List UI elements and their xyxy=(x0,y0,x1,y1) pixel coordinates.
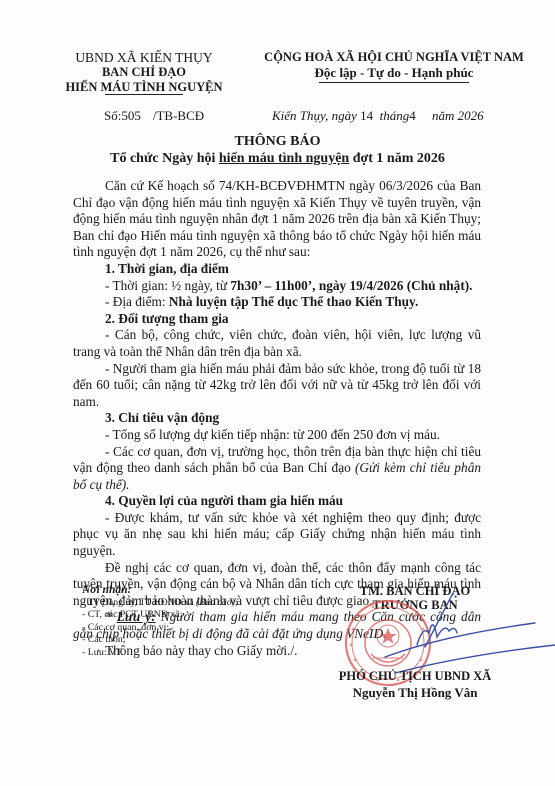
date-day: 14 xyxy=(360,108,373,123)
recipients-heading: Nơi nhận: xyxy=(82,584,238,597)
header-left-divider xyxy=(105,94,183,95)
signer-name: Nguyễn Thị Hồng Vân xyxy=(295,685,535,701)
subtitle-underlined: hiến máu tình nguyện xyxy=(219,151,349,166)
place-value: Nhà luyện tập Thể dục Thể thao Kiến Thụy… xyxy=(169,294,418,309)
doc-code: /TB-BCĐ xyxy=(153,108,204,123)
signer-title: PHÓ CHỦ TỊCH UBND XÃ xyxy=(295,669,535,684)
section-3-heading: 3. Chỉ tiêu vận động xyxy=(73,410,481,427)
section-1-heading: 1. Thời gian, địa điểm xyxy=(73,261,481,278)
section-3-item-2: - Các cơ quan, đơn vị, trường học, thôn … xyxy=(73,444,481,494)
recipients-block: Nơi nhận: - TT Đảng ủy, TT HĐND xã (Báo … xyxy=(82,584,238,659)
nation-name: CỘNG HOÀ XÃ HỘI CHỦ NGHĨA VIỆT NAM xyxy=(244,50,544,65)
recipient-item: - Các cơ quan, đơn vị; xyxy=(82,622,238,634)
doc-number-prefix: Số: xyxy=(104,108,121,123)
section-1-place: - Địa điểm: Nhà luyện tập Thể dục Thể th… xyxy=(73,294,481,311)
recipient-item: - Lưu: VT. xyxy=(82,647,238,659)
date-month-label: tháng xyxy=(380,108,410,123)
intro-paragraph: Căn cứ Kế hoạch số 74/KH-BCĐVĐHMTN ngày … xyxy=(73,178,481,261)
document-subtitle: Tổ chức Ngày hội hiến máu tình nguyện đợ… xyxy=(0,151,555,167)
date-place: Kiến Thụy, ngày xyxy=(272,108,357,123)
subtitle-prefix: Tổ chức Ngày hội xyxy=(110,151,219,166)
committee-name-line2: HIẾN MÁU TÌNH NGUYỆN xyxy=(44,80,244,95)
section-1-time: - Thời gian: ½ ngày, từ 7h30’ – 11h00’, … xyxy=(73,278,481,295)
section-3-item-1: - Tổng số lượng dự kiến tiếp nhận: từ 20… xyxy=(73,427,481,444)
time-value: 7h30’ – 11h00’, ngày 19/4/2026 (Chủ nhật… xyxy=(230,278,472,293)
doc-number-value: 505 xyxy=(121,108,141,123)
recipient-item-end: ; xyxy=(235,597,238,608)
section-2-item-2: - Người tham gia hiến máu phải đảm bảo s… xyxy=(73,361,481,411)
date-year: năm 2026 xyxy=(432,108,484,123)
time-label: - Thời gian: ½ ngày, từ xyxy=(105,278,230,293)
national-motto: Độc lập - Tự do - Hạnh phúc xyxy=(244,65,544,80)
document-title: THÔNG BÁO xyxy=(0,134,555,150)
recipient-item: - CT, các PCT UBND xã; xyxy=(82,609,238,621)
recipient-item-note: (Báo cáo) xyxy=(196,597,235,608)
document-number: Số:505/TB-BCĐ xyxy=(104,108,204,124)
section-2-heading: 2. Đối tượng tham gia xyxy=(73,311,481,328)
national-heading-block: CỘNG HOÀ XÃ HỘI CHỦ NGHĨA VIỆT NAM Độc l… xyxy=(244,50,544,83)
header-right-divider xyxy=(319,82,469,83)
recipient-item: - TT Đảng ủy, TT HĐND xã (Báo cáo); xyxy=(82,597,238,609)
section-4-heading: 4. Quyền lợi của người tham gia hiến máu xyxy=(73,493,481,510)
recipient-item: - Các thôn; xyxy=(82,634,238,646)
committee-name-line1: BAN CHỈ ĐẠO xyxy=(44,65,244,80)
recipient-item-text: - TT Đảng ủy, TT HĐND xã xyxy=(82,597,196,608)
place-and-date: Kiến Thụy, ngày 14 tháng4 năm 2026 xyxy=(272,108,484,124)
date-month: 4 xyxy=(409,108,416,123)
agency-name: UBND XÃ KIẾN THỤY xyxy=(44,50,244,65)
issuing-agency-block: UBND XÃ KIẾN THỤY BAN CHỈ ĐẠO HIẾN MÁU T… xyxy=(44,50,244,95)
section-4-item-1: - Được khám, tư vấn sức khỏe và xét nghi… xyxy=(73,510,481,560)
subtitle-suffix: đợt 1 năm 2026 xyxy=(349,151,445,166)
place-label: - Địa điểm: xyxy=(105,294,169,309)
section-2-item-1: - Cán bộ, công chức, viên chức, đoàn viê… xyxy=(73,327,481,360)
